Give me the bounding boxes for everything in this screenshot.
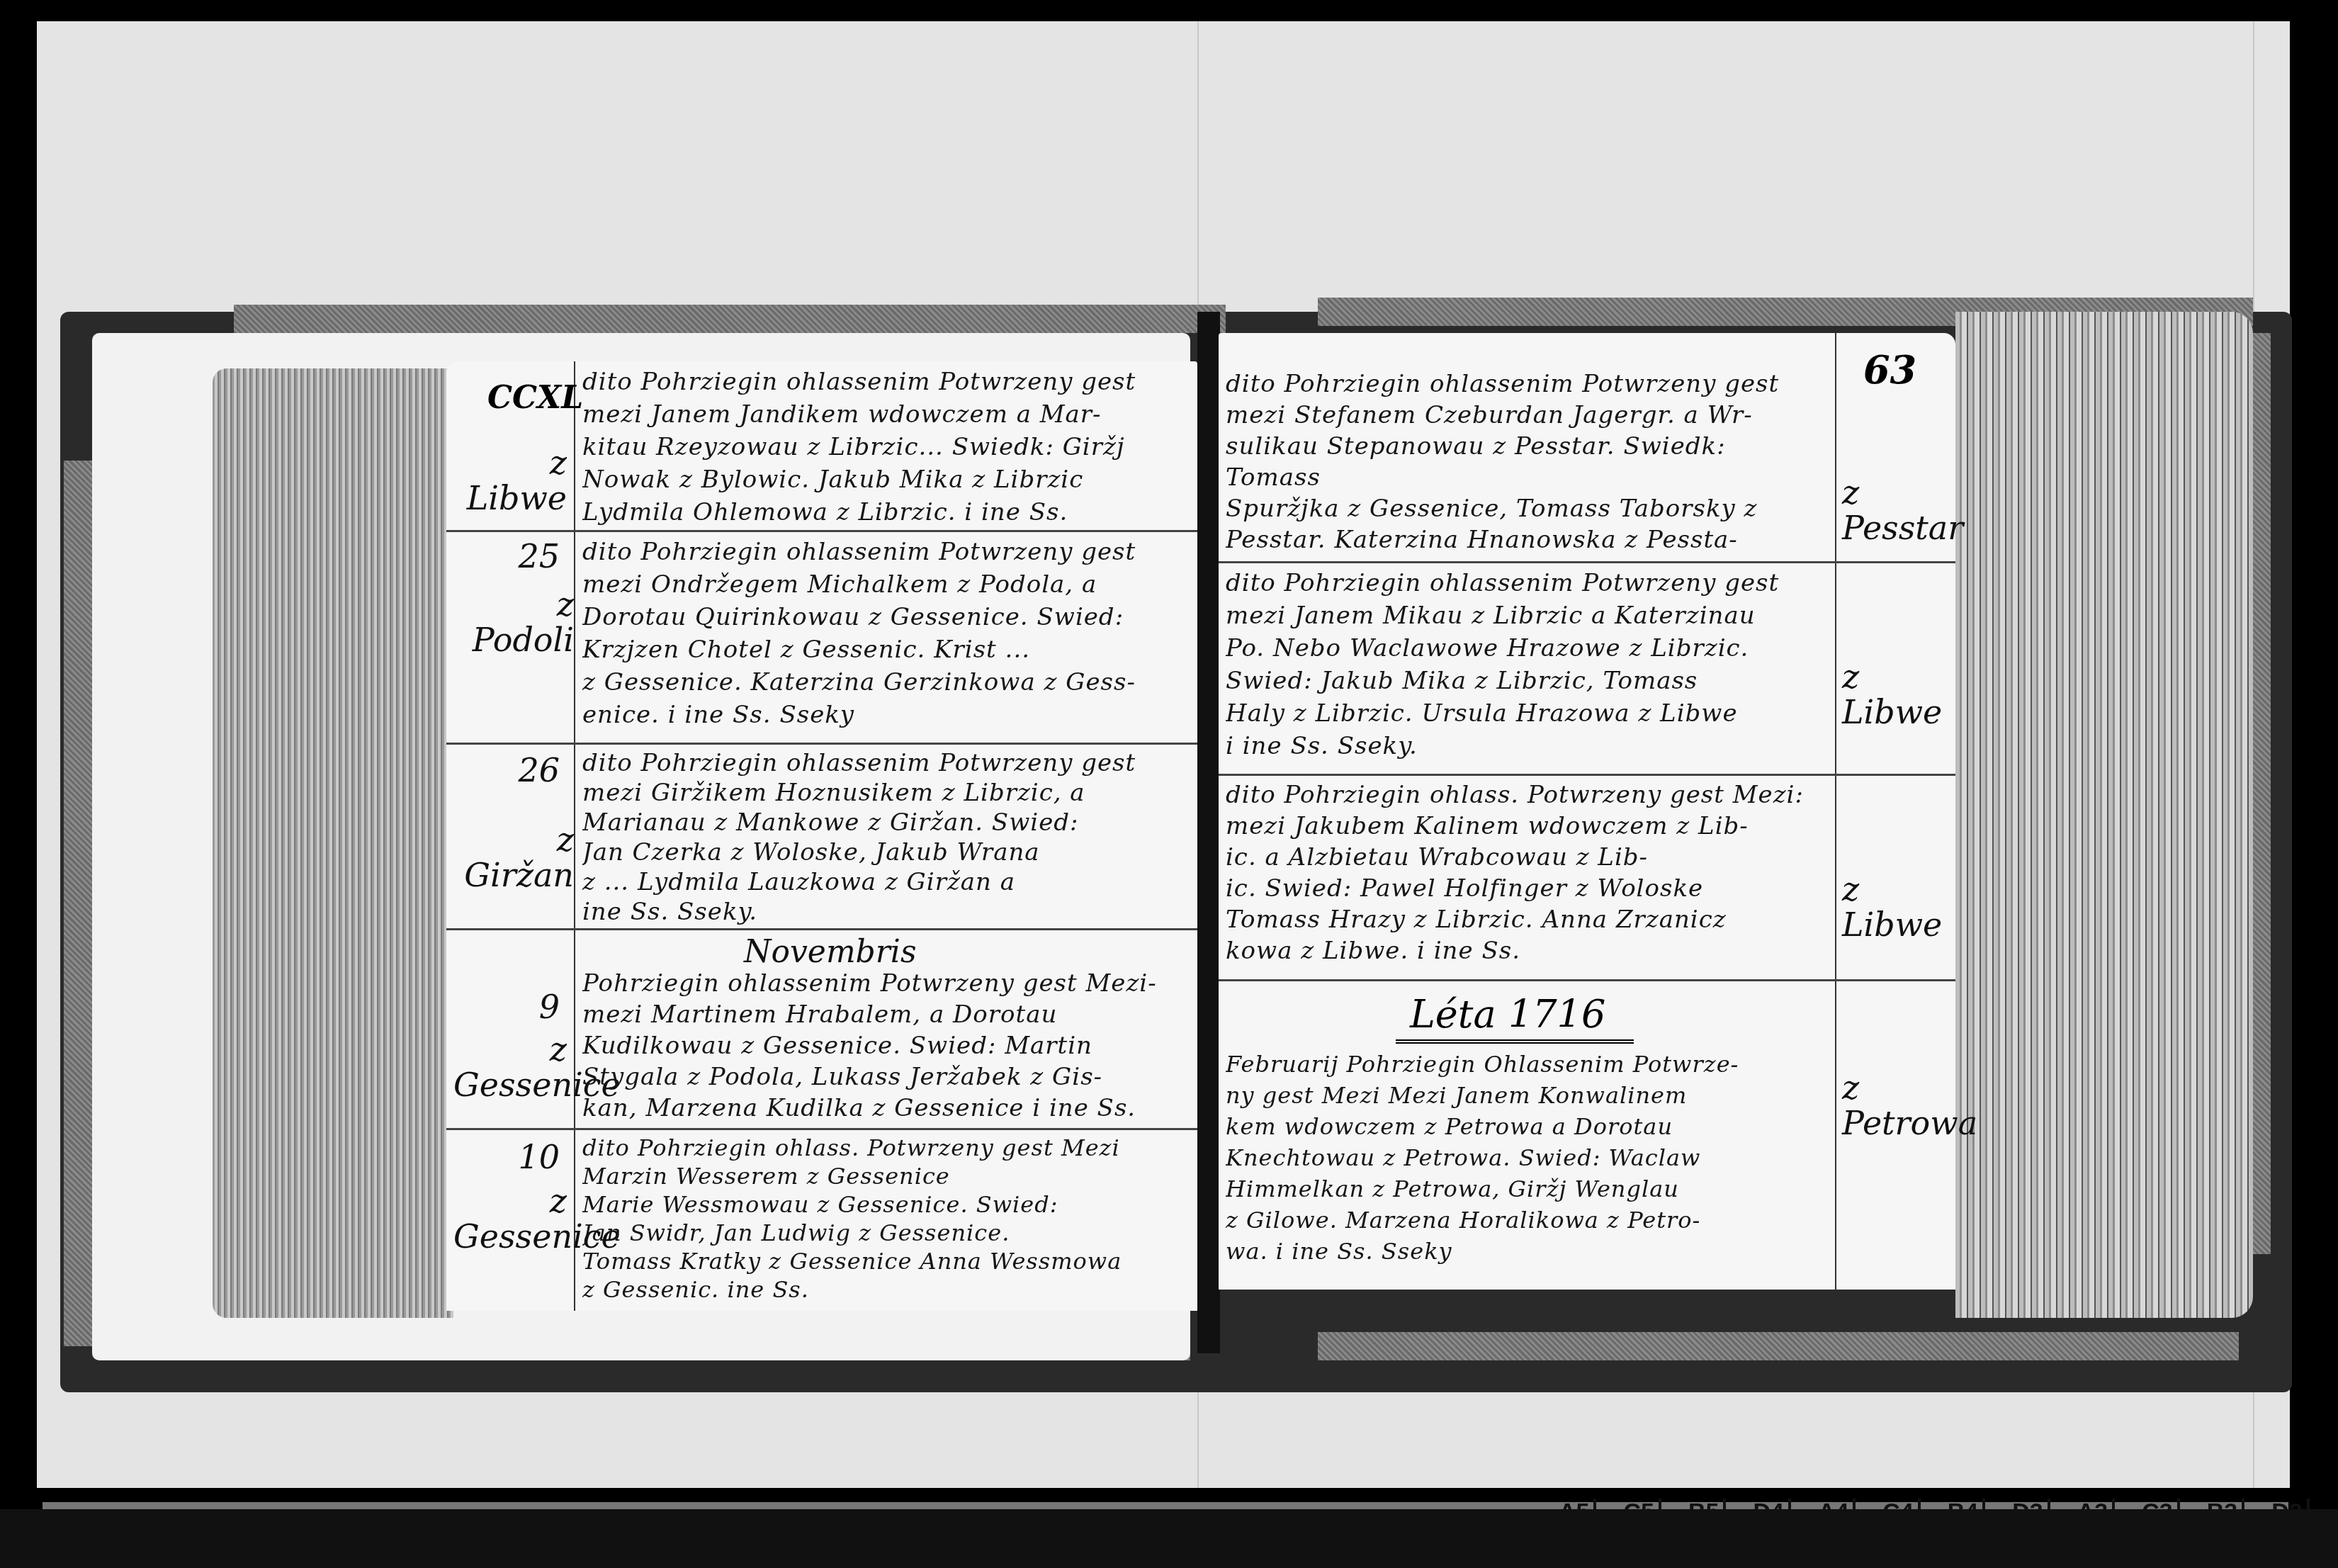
register-entry: dito Pohrziegin ohlass. Potwrzeny gest M… [1226, 779, 1828, 976]
register-entry: dito Pohrziegin ohlassenim Potwrzeny ges… [1226, 567, 1828, 771]
entry-divider [1219, 561, 1955, 563]
film-label: C4 [1882, 1499, 1920, 1526]
entry-place-note: z Libwe [1842, 872, 1948, 942]
entry-place-note: z Libwe [1842, 659, 1948, 730]
film-label: B4 [1948, 1499, 1985, 1526]
entry-place-note: z Gessenice [453, 1032, 567, 1102]
entry-day: 10 [453, 1139, 560, 1175]
register-entry: Februarij Pohrziegin Ohlassenim Potwrze-… [1226, 1049, 1828, 1282]
register-entry: dito Pohrziegin ohlass. Potwrzeny gest M… [582, 1134, 1192, 1304]
film-label: B3 [2207, 1499, 2244, 1526]
film-label: D2 [2271, 1499, 2309, 1526]
entry-place-note: z Podoli [453, 587, 574, 658]
page-edges-left [213, 368, 453, 1318]
entry-divider [1219, 774, 1955, 776]
register-entry: Pohrziegin ohlassenim Potwrzeny gest Mez… [582, 968, 1192, 1125]
film-label: D3 [2012, 1499, 2050, 1526]
film-label: A4 [1818, 1499, 1856, 1526]
film-label: A3 [2077, 1499, 2115, 1526]
cover-cloth-bottom-right [1318, 1332, 2239, 1360]
entry-place-note: z Giržan [453, 822, 574, 893]
year-heading: Léta 1716 [1396, 992, 1634, 1044]
entry-day: 26 [453, 752, 560, 788]
cover-cloth-left [64, 461, 96, 1346]
page-number: 63 [1863, 347, 1916, 393]
film-label: A5 [1559, 1499, 1596, 1526]
register-entry: dito Pohrziegin ohlassenim Potwrzeny ges… [1226, 368, 1828, 558]
entry-place-note: z Gessenice [453, 1183, 567, 1254]
film-frame-labels: A5 C5 B5 D4 A4 C4 B4 D3 A3 C3 B3 D2 A2 [1559, 1499, 2338, 1526]
entry-place-note: z Libwe [453, 445, 567, 516]
page-edges-right [1955, 312, 2253, 1318]
film-label: C5 [1623, 1499, 1661, 1526]
register-entry: dito Pohrziegin ohlassenim Potwrzeny ges… [582, 536, 1192, 740]
entry-day: 9 [453, 989, 560, 1025]
right-page: 63 dito Pohrziegin ohlassenim Potwrzeny … [1219, 333, 1955, 1290]
entry-day: 25 [453, 538, 560, 574]
entry-divider [446, 928, 1197, 930]
register-entry: dito Pohrziegin ohlassenim Potwrzeny ges… [582, 366, 1192, 527]
entry-place-note: z Pesstar [1842, 475, 1948, 546]
entry-place-note: z Petrowa [1842, 1070, 1948, 1141]
film-label: B5 [1688, 1499, 1726, 1526]
film-label: D4 [1753, 1499, 1790, 1526]
month-heading: Novembris [744, 934, 916, 970]
entry-divider [446, 1128, 1197, 1130]
register-entry: dito Pohrziegin ohlassenim Potwrzeny ges… [582, 748, 1192, 925]
film-label: C3 [2142, 1499, 2179, 1526]
entry-divider [446, 530, 1197, 532]
entry-divider [446, 743, 1197, 745]
page-label: CCXL [487, 380, 583, 416]
margin-rule [1835, 333, 1836, 1290]
margin-rule [574, 361, 575, 1311]
cover-cloth-top-left [234, 305, 1226, 333]
entry-divider [1219, 979, 1955, 981]
left-page: CCXL z Libwe dito Pohrziegin ohlassenim … [446, 361, 1197, 1311]
book-gutter [1197, 312, 1220, 1353]
